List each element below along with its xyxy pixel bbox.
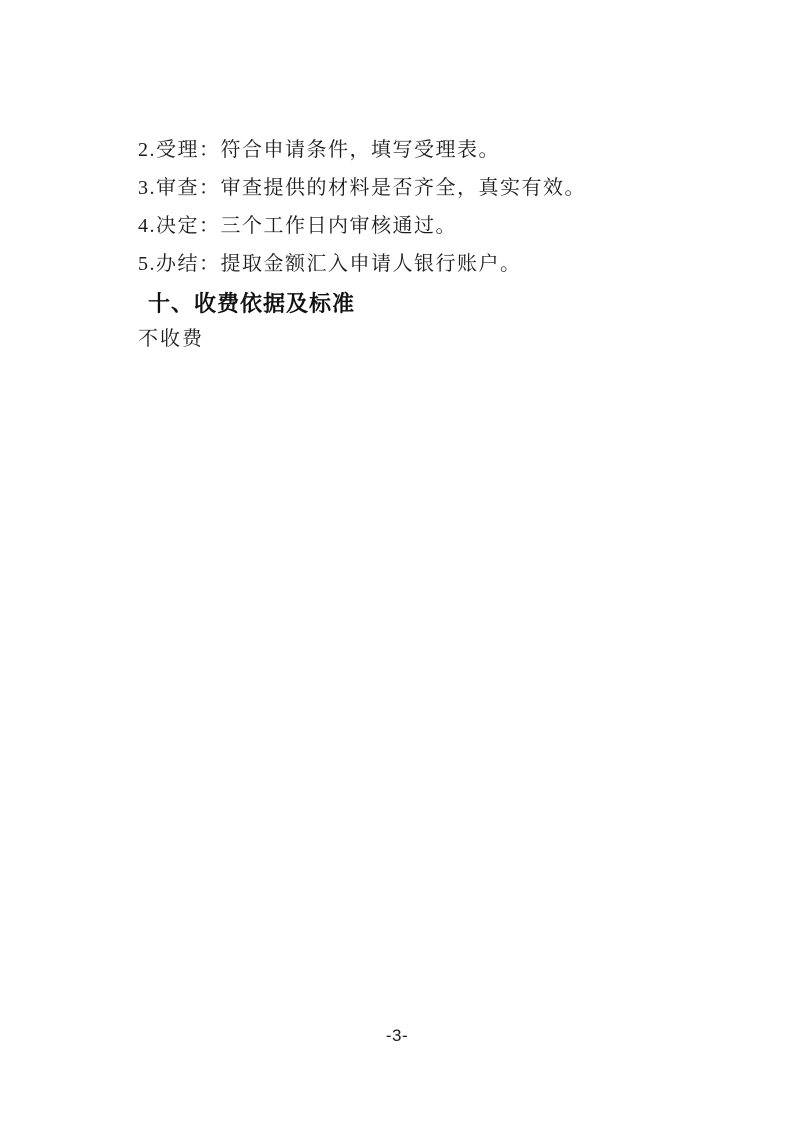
document-page: 2.受理：符合申请条件，填写受理表。 3.审查：审查提供的材料是否齐全，真实有效… — [0, 0, 794, 1122]
page-footer: -3- — [0, 1026, 794, 1046]
procedure-step-2: 2.受理：符合申请条件，填写受理表。 — [138, 140, 698, 160]
procedure-step-4: 4.决定：三个工作日内审核通过。 — [138, 216, 698, 236]
section-body-fees: 不收费 — [138, 328, 698, 350]
page-number: -3- — [386, 1026, 408, 1045]
document-content: 2.受理：符合申请条件，填写受理表。 3.审查：审查提供的材料是否齐全，真实有效… — [138, 140, 698, 350]
procedure-step-5: 5.办结：提取金额汇入申请人银行账户。 — [138, 254, 698, 274]
procedure-step-3: 3.审查：审查提供的材料是否齐全，真实有效。 — [138, 178, 698, 198]
section-heading-fees: 十、收费依据及标准 — [148, 292, 698, 316]
